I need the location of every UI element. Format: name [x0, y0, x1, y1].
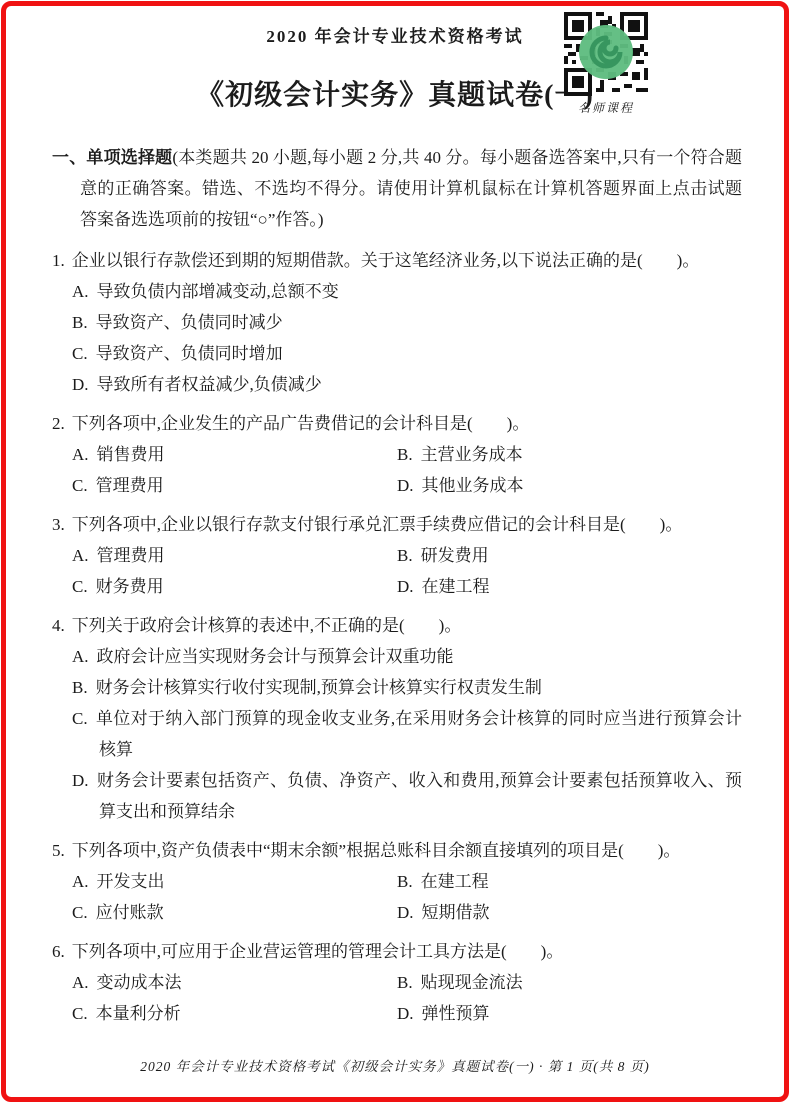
header-title: 2020 年会计专业技术资格考试	[0, 22, 790, 47]
option-text: 管理费用	[96, 476, 164, 495]
option-text: 政府会计应当实现财务会计与预算会计双重功能	[97, 647, 454, 666]
qr-block: 名师课程	[561, 12, 651, 116]
document-header: 2020 年会计专业技术资格考试 《初级会计实务》真题试卷(一)	[0, 0, 790, 113]
question-text: 企业以银行存款偿还到期的短期借款。关于这笔经济业务,以下说法正确的是( )。	[72, 251, 700, 270]
options-list: A.导致负债内部增减变动,总额不变 B.导致资产、负债同时减少 C.导致资产、负…	[72, 276, 742, 400]
option-text: 财务会计要素包括资产、负债、净资产、收入和费用,预算会计要素包括预算收入、预算支…	[97, 771, 742, 821]
question-number: 5.	[52, 841, 65, 860]
option-text: 导致负债内部增减变动,总额不变	[97, 282, 339, 301]
options-list: A.管理费用 B.研发费用 C.财务费用 D.在建工程	[72, 540, 742, 602]
question-stem: 5.下列各项中,资产负债表中“期末余额”根据总账科目余额直接填列的项目是( )。	[52, 835, 742, 866]
option-label: B.	[72, 313, 88, 332]
question-6: 6.下列各项中,可应用于企业营运管理的管理会计工具方法是( )。 A.变动成本法…	[52, 936, 742, 1029]
option-label: B.	[397, 973, 413, 992]
option-a: A.政府会计应当实现财务会计与预算会计双重功能	[72, 641, 742, 672]
option-text: 财务会计核算实行收付实现制,预算会计核算实行权责发生制	[96, 678, 542, 697]
question-stem: 4.下列关于政府会计核算的表述中,不正确的是( )。	[52, 610, 742, 641]
option-label: D.	[72, 771, 89, 790]
question-stem: 1.企业以银行存款偿还到期的短期借款。关于这笔经济业务,以下说法正确的是( )。	[52, 245, 742, 276]
exam-content: 一、单项选择题(本类题共 20 小题,每小题 2 分,共 40 分。每小题备选答…	[52, 142, 742, 1037]
option-b: B.贴现现金流法	[397, 967, 742, 998]
option-text: 导致资产、负债同时增加	[96, 344, 283, 363]
option-text: 财务费用	[96, 577, 164, 596]
question-number: 2.	[52, 414, 65, 433]
section-intro-text: (本类题共 20 小题,每小题 2 分,共 40 分。每小题备选答案中,只有一个…	[80, 148, 742, 229]
option-text: 在建工程	[422, 577, 490, 596]
question-5: 5.下列各项中,资产负债表中“期末余额”根据总账科目余额直接填列的项目是( )。…	[52, 835, 742, 928]
option-label: A.	[72, 546, 89, 565]
question-number: 1.	[52, 251, 65, 270]
option-label: B.	[397, 445, 413, 464]
qr-caption: 名师课程	[561, 99, 651, 116]
option-label: D.	[397, 476, 414, 495]
option-label: C.	[72, 1004, 88, 1023]
option-d: D.财务会计要素包括资产、负债、净资产、收入和费用,预算会计要素包括预算收入、预…	[72, 765, 742, 827]
option-a: A.开发支出	[72, 866, 397, 897]
option-label: B.	[397, 546, 413, 565]
option-label: A.	[72, 647, 89, 666]
question-number: 4.	[52, 616, 65, 635]
question-text: 下列各项中,可应用于企业营运管理的管理会计工具方法是( )。	[72, 942, 564, 961]
question-2: 2.下列各项中,企业发生的产品广告费借记的会计科目是( )。 A.销售费用 B.…	[52, 408, 742, 501]
option-b: B.主营业务成本	[397, 439, 742, 470]
question-number: 6.	[52, 942, 65, 961]
option-text: 弹性预算	[422, 1004, 490, 1023]
option-text: 研发费用	[421, 546, 489, 565]
options-list: A.政府会计应当实现财务会计与预算会计双重功能 B.财务会计核算实行收付实现制,…	[72, 641, 742, 827]
options-list: A.销售费用 B.主营业务成本 C.管理费用 D.其他业务成本	[72, 439, 742, 501]
brand-logo-icon	[579, 25, 633, 79]
option-b: B.财务会计核算实行收付实现制,预算会计核算实行权责发生制	[72, 672, 742, 703]
option-label: C.	[72, 577, 88, 596]
option-text: 销售费用	[97, 445, 165, 464]
option-a: A.管理费用	[72, 540, 397, 571]
option-b: B.在建工程	[397, 866, 742, 897]
option-d: D.在建工程	[397, 571, 742, 602]
option-c: C.财务费用	[72, 571, 397, 602]
option-text: 其他业务成本	[422, 476, 524, 495]
option-text: 管理费用	[97, 546, 165, 565]
option-label: B.	[397, 872, 413, 891]
option-text: 变动成本法	[97, 973, 182, 992]
option-d: D.导致所有者权益减少,负债减少	[72, 369, 742, 400]
option-label: D.	[397, 903, 414, 922]
option-c: C.导致资产、负债同时增加	[72, 338, 742, 369]
option-d: D.其他业务成本	[397, 470, 742, 501]
question-1: 1.企业以银行存款偿还到期的短期借款。关于这笔经济业务,以下说法正确的是( )。…	[52, 245, 742, 400]
paper-title: 《初级会计实务》真题试卷(一)	[0, 73, 790, 113]
option-label: A.	[72, 445, 89, 464]
option-c: C.本量利分析	[72, 998, 397, 1029]
option-text: 主营业务成本	[421, 445, 523, 464]
option-label: B.	[72, 678, 88, 697]
option-a: A.销售费用	[72, 439, 397, 470]
option-text: 开发支出	[97, 872, 165, 891]
option-b: B.研发费用	[397, 540, 742, 571]
options-list: A.变动成本法 B.贴现现金流法 C.本量利分析 D.弹性预算	[72, 967, 742, 1029]
section-heading: 一、单项选择题	[52, 148, 172, 167]
question-text: 下列各项中,资产负债表中“期末余额”根据总账科目余额直接填列的项目是( )。	[72, 841, 681, 860]
qr-code-icon	[564, 12, 648, 96]
option-text: 短期借款	[422, 903, 490, 922]
page-footer: 2020 年会计专业技术资格考试《初级会计实务》真题试卷(一) · 第 1 页(…	[0, 1055, 790, 1075]
question-text: 下列各项中,企业发生的产品广告费借记的会计科目是( )。	[72, 414, 530, 433]
question-stem: 3.下列各项中,企业以银行存款支付银行承兑汇票手续费应借记的会计科目是( )。	[52, 509, 742, 540]
option-text: 在建工程	[421, 872, 489, 891]
section-intro: 一、单项选择题(本类题共 20 小题,每小题 2 分,共 40 分。每小题备选答…	[52, 142, 742, 235]
option-label: D.	[72, 375, 89, 394]
option-label: A.	[72, 872, 89, 891]
options-list: A.开发支出 B.在建工程 C.应付账款 D.短期借款	[72, 866, 742, 928]
option-label: C.	[72, 903, 88, 922]
option-c: C.单位对于纳入部门预算的现金收支业务,在采用财务会计核算的同时应当进行预算会计…	[72, 703, 742, 765]
option-c: C.管理费用	[72, 470, 397, 501]
question-number: 3.	[52, 515, 65, 534]
option-a: A.变动成本法	[72, 967, 397, 998]
option-text: 导致所有者权益减少,负债减少	[97, 375, 322, 394]
question-text: 下列关于政府会计核算的表述中,不正确的是( )。	[72, 616, 462, 635]
question-stem: 6.下列各项中,可应用于企业营运管理的管理会计工具方法是( )。	[52, 936, 742, 967]
option-label: C.	[72, 344, 88, 363]
option-a: A.导致负债内部增减变动,总额不变	[72, 276, 742, 307]
option-label: D.	[397, 1004, 414, 1023]
option-text: 本量利分析	[96, 1004, 181, 1023]
question-text: 下列各项中,企业以银行存款支付银行承兑汇票手续费应借记的会计科目是( )。	[72, 515, 683, 534]
question-stem: 2.下列各项中,企业发生的产品广告费借记的会计科目是( )。	[52, 408, 742, 439]
option-label: C.	[72, 709, 88, 728]
option-text: 单位对于纳入部门预算的现金收支业务,在采用财务会计核算的同时应当进行预算会计核算	[96, 709, 742, 759]
option-label: C.	[72, 476, 88, 495]
option-c: C.应付账款	[72, 897, 397, 928]
option-text: 贴现现金流法	[421, 973, 523, 992]
option-label: A.	[72, 282, 89, 301]
option-b: B.导致资产、负债同时减少	[72, 307, 742, 338]
option-text: 应付账款	[96, 903, 164, 922]
question-3: 3.下列各项中,企业以银行存款支付银行承兑汇票手续费应借记的会计科目是( )。 …	[52, 509, 742, 602]
option-label: A.	[72, 973, 89, 992]
option-text: 导致资产、负债同时减少	[96, 313, 283, 332]
option-label: D.	[397, 577, 414, 596]
option-d: D.弹性预算	[397, 998, 742, 1029]
question-4: 4.下列关于政府会计核算的表述中,不正确的是( )。 A.政府会计应当实现财务会…	[52, 610, 742, 827]
option-d: D.短期借款	[397, 897, 742, 928]
